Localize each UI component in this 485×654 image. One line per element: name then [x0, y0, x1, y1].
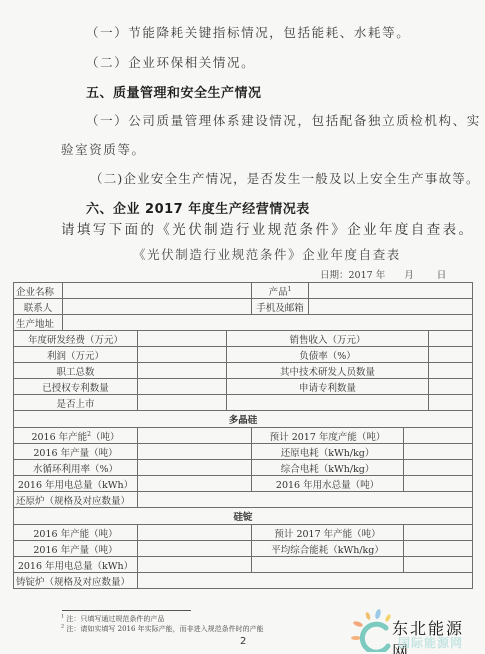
- heading-section-6: 六、企业 2017 年度生产经营情况表: [86, 198, 310, 217]
- input-rd-expense[interactable]: [138, 331, 227, 347]
- label-casting-furnace: 铸锭炉（规格及对应数量）: [14, 573, 138, 589]
- footnote-1-mark: 1: [61, 614, 64, 620]
- table-caption: 《光伏制造行业规范条件》企业年度自查表: [133, 245, 401, 263]
- label-poly-capacity-text: 2016 年产能: [31, 432, 87, 443]
- label-rd-expense: 年度研发经费（万元）: [14, 331, 138, 347]
- label-ingot-electricity-2016: 2016 年用电总量（kWh）: [14, 557, 138, 573]
- label-poly-output-2016: 2016 年产量（吨）: [14, 444, 138, 460]
- label-poly-capacity-unit: （吨）: [91, 432, 120, 443]
- footnote-2: 2 注：请如实填写 2016 年实际产能，而非进入规范条件时的产能: [61, 624, 264, 634]
- row-reduction-furnace: 还原炉（规格及对应数量）: [14, 492, 473, 508]
- heading-section-5: 五、质量管理和安全生产情况: [86, 82, 262, 101]
- paragraph-quality-system: （一）公司质量管理体系建设情况，包括配备独立质检机构、实: [86, 111, 481, 129]
- footnote-1: 1 注：只填写通过规范条件的产品: [61, 614, 164, 624]
- row-ingot-title: 硅锭: [14, 508, 473, 525]
- input-employees[interactable]: [138, 363, 227, 379]
- blank-cell: [227, 395, 429, 411]
- label-granted-patents: 已授权专利数量: [14, 379, 138, 395]
- row-company-name: 企业名称 产品1: [14, 283, 473, 299]
- input-ingot-output-2016[interactable]: [138, 541, 252, 557]
- watermark-sub-text: 国际能源网: [398, 634, 463, 651]
- row-poly-electricity: 2016 年用电总量（kWh） 2016 年用水总量（吨）: [14, 476, 473, 492]
- label-sales-revenue: 销售收入（万元）: [227, 331, 429, 347]
- label-product: 产品1: [252, 283, 309, 299]
- input-rd-staff[interactable]: [429, 363, 473, 379]
- row-employees: 职工总数 其中技术研发人员数量: [14, 363, 473, 379]
- watermark-logo: 东北能源网 国际能源网: [348, 608, 480, 652]
- label-product-text: 产品: [269, 287, 288, 298]
- row-profit: 利润（万元） 负债率（%）: [14, 347, 473, 363]
- input-listed[interactable]: [138, 395, 227, 411]
- input-company-name[interactable]: [63, 283, 252, 299]
- input-poly-expected-2017[interactable]: [404, 428, 473, 444]
- row-polysilicon-title: 多晶硅: [14, 411, 473, 428]
- input-poly-output-2016[interactable]: [138, 444, 252, 460]
- row-patents: 已授权专利数量 申请专利数量: [14, 379, 473, 395]
- input-granted-patents[interactable]: [138, 379, 227, 395]
- label-company-name: 企业名称: [14, 283, 63, 299]
- row-ingot-capacity: 2016 年产能（吨） 预计 2017 年产能（吨）: [14, 525, 473, 541]
- input-applied-patents[interactable]: [429, 379, 473, 395]
- row-poly-water: 水循环利用率（%） 综合电耗（kWh/kg）: [14, 460, 473, 476]
- date-month: 月: [404, 267, 414, 281]
- input-contact[interactable]: [63, 299, 252, 315]
- row-contact: 联系人 手机及邮箱: [14, 299, 473, 315]
- footnote-2-mark: 2: [61, 624, 64, 630]
- date-line: 日期：2017 年 月 日: [320, 267, 446, 281]
- blank-cell: [252, 557, 404, 573]
- input-total-power[interactable]: [404, 460, 473, 476]
- self-check-form: 企业名称 产品1 联系人 手机及邮箱 生产地址 年度研发经费（万元） 销售收入（…: [13, 282, 473, 589]
- label-ingot-capacity-2016: 2016 年产能（吨）: [14, 525, 138, 541]
- row-ingot-output: 2016 年产量（吨） 平均综合能耗（kWh/kg）: [14, 541, 473, 557]
- input-phone-email[interactable]: [309, 299, 473, 315]
- input-ingot-expected-2017[interactable]: [404, 525, 473, 541]
- blank-cell: [429, 395, 473, 411]
- input-reduction-furnace[interactable]: [138, 492, 473, 508]
- label-poly-expected-2017: 预计 2017 年度产能（吨）: [252, 428, 404, 444]
- label-water-2016: 2016 年用水总量（吨）: [252, 476, 404, 492]
- label-total-power: 综合电耗（kWh/kg）: [252, 460, 404, 476]
- label-ingot-expected-2017: 预计 2017 年产能（吨）: [252, 525, 404, 541]
- label-rd-staff: 其中技术研发人员数量: [227, 363, 429, 379]
- label-poly-capacity-2016: 2016 年产能2（吨）: [14, 428, 138, 444]
- input-poly-electricity-2016[interactable]: [138, 476, 252, 492]
- row-casting-furnace: 铸锭炉（规格及对应数量）: [14, 573, 473, 589]
- label-address: 生产地址: [14, 315, 63, 331]
- label-water-recycle: 水循环利用率（%）: [14, 460, 138, 476]
- input-water-recycle[interactable]: [138, 460, 252, 476]
- input-avg-energy[interactable]: [404, 541, 473, 557]
- label-applied-patents: 申请专利数量: [227, 379, 429, 395]
- paragraph-intro: 请填写下面的《光伏制造行业规范条件》企业年度自查表。: [61, 218, 474, 238]
- date-label: 日期：2017 年: [320, 267, 385, 281]
- section-ingot: 硅锭: [14, 508, 473, 525]
- label-phone-email: 手机及邮箱: [252, 299, 309, 315]
- input-casting-furnace[interactable]: [138, 573, 473, 589]
- label-ingot-output-2016: 2016 年产量（吨）: [14, 541, 138, 557]
- label-avg-energy: 平均综合能耗（kWh/kg）: [252, 541, 404, 557]
- row-poly-output: 2016 年产量（吨） 还原电耗（kWh/kg）: [14, 444, 473, 460]
- input-address[interactable]: [63, 315, 473, 331]
- input-sales-revenue[interactable]: [429, 331, 473, 347]
- date-day: 日: [437, 267, 447, 281]
- input-profit[interactable]: [138, 347, 227, 363]
- section-polysilicon: 多晶硅: [14, 411, 473, 428]
- paragraph-environmental: （二）企业环保相关情况。: [86, 53, 255, 71]
- footnote-1-text: 注：只填写通过规范条件的产品: [66, 615, 164, 623]
- label-debt-ratio: 负债率（%）: [227, 347, 429, 363]
- blank-cell: [404, 557, 473, 573]
- footnote-2-text: 注：请如实填写 2016 年实际产能，而非进入规范条件时的产能: [66, 625, 263, 633]
- label-poly-electricity-2016: 2016 年用电总量（kWh）: [14, 476, 138, 492]
- label-listed: 是否上市: [14, 395, 138, 411]
- page-number: 2: [240, 636, 246, 647]
- label-reduction-furnace: 还原炉（规格及对应数量）: [14, 492, 138, 508]
- paragraph-safety: （二)企业安全生产情况，是否发生一般及以上安全生产事故等。: [90, 169, 480, 187]
- row-ingot-electricity: 2016 年用电总量（kWh）: [14, 557, 473, 573]
- footnote-divider: [62, 610, 191, 611]
- input-reduction-power[interactable]: [404, 444, 473, 460]
- input-ingot-capacity-2016[interactable]: [138, 525, 252, 541]
- input-water-2016[interactable]: [404, 476, 473, 492]
- label-contact: 联系人: [14, 299, 63, 315]
- label-profit: 利润（万元）: [14, 347, 138, 363]
- label-reduction-power: 还原电耗（kWh/kg）: [252, 444, 404, 460]
- row-poly-capacity: 2016 年产能2（吨） 预计 2017 年度产能（吨）: [14, 428, 473, 444]
- row-address: 生产地址: [14, 315, 473, 331]
- row-listed: 是否上市: [14, 395, 473, 411]
- input-poly-capacity-2016[interactable]: [138, 428, 252, 444]
- label-employees: 职工总数: [14, 363, 138, 379]
- input-ingot-electricity-2016[interactable]: [138, 557, 252, 573]
- input-debt-ratio[interactable]: [429, 347, 473, 363]
- paragraph-quality-system-cont: 验室资质等。: [61, 140, 146, 158]
- row-rd-expense: 年度研发经费（万元） 销售收入（万元）: [14, 331, 473, 347]
- footnote-marker-1: 1: [288, 285, 292, 292]
- sun-logo-icon: [348, 608, 398, 652]
- input-product[interactable]: [309, 283, 473, 299]
- paragraph-energy-saving: （一）节能降耗关键指标情况，包括能耗、水耗等。: [86, 23, 410, 41]
